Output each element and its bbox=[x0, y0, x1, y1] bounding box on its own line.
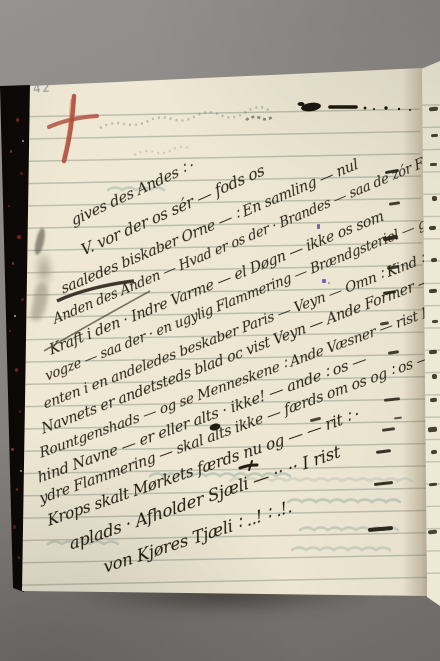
ink-smear bbox=[298, 101, 412, 112]
next-page-ink-fragment bbox=[432, 320, 438, 324]
spine-speck bbox=[12, 262, 14, 265]
next-page-ink-fragment bbox=[430, 398, 437, 403]
next-page-ink-fragment bbox=[432, 196, 437, 201]
notebook-photo: 42 bbox=[0, 0, 440, 661]
spine-speck bbox=[16, 118, 19, 122]
spine-speck bbox=[16, 488, 18, 491]
spine-speck bbox=[9, 330, 11, 332]
next-page-ink-fragment bbox=[428, 530, 437, 535]
spine-speck bbox=[18, 556, 20, 559]
next-page-ink-fragment bbox=[428, 427, 437, 433]
ghost-writing-stroke bbox=[288, 500, 400, 503]
purple-ink-speck bbox=[328, 282, 330, 284]
spine-speck bbox=[20, 172, 23, 175]
ghost-writing-stroke bbox=[292, 548, 390, 551]
next-page-ink-fragment bbox=[429, 226, 436, 231]
next-page-ink-fragment bbox=[429, 289, 437, 294]
next-page-ink-fragment bbox=[431, 450, 437, 455]
next-page-ink-fragment bbox=[431, 258, 437, 263]
spine-speck bbox=[13, 525, 16, 529]
next-page-ink-fragment bbox=[430, 163, 437, 167]
next-page-ink-fragment bbox=[432, 374, 437, 379]
spine-speck bbox=[14, 315, 16, 317]
next-page-ink-fragment bbox=[431, 134, 438, 138]
manuscript-page: 42 bbox=[0, 0, 440, 661]
red-cross-mark bbox=[49, 96, 97, 161]
spine-speck bbox=[22, 140, 24, 142]
spine-speck bbox=[8, 205, 10, 207]
erased-scribble bbox=[100, 107, 272, 155]
next-page-ink-fragment bbox=[429, 350, 437, 355]
spine-speck bbox=[17, 235, 21, 239]
next-page-ink-fragment bbox=[429, 107, 438, 112]
spine-speck bbox=[15, 368, 18, 372]
spine-speck bbox=[21, 298, 24, 301]
spine-speck bbox=[10, 150, 12, 153]
spine-speck bbox=[19, 410, 21, 413]
purple-ink-speck bbox=[317, 224, 320, 229]
spine-speck bbox=[11, 448, 14, 451]
spine-speck bbox=[20, 470, 22, 472]
purple-ink-speck bbox=[322, 279, 326, 283]
